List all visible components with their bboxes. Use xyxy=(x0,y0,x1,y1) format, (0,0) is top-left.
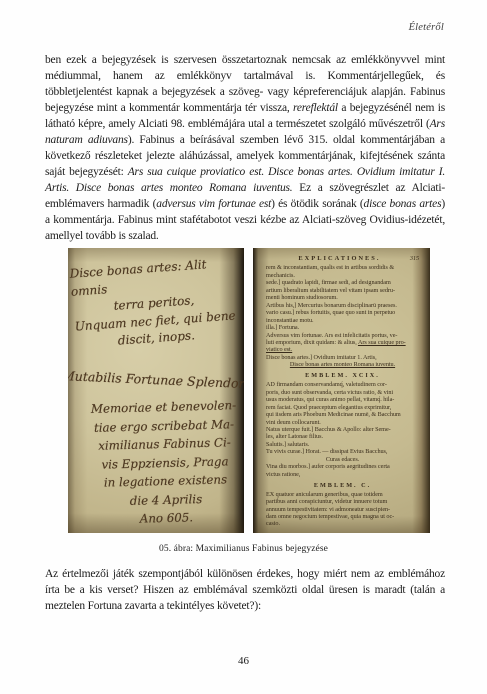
print-line: viatico est. xyxy=(266,346,419,353)
print-line: illa.] Fortuna. xyxy=(266,324,419,331)
print-line: Tu vivis curae.] Horat. — dissipat Evius… xyxy=(266,448,419,455)
printed-header-title: EXPLICATIONES. xyxy=(269,255,410,262)
print-line: vario casu.] rebus fortuitis, quae quo s… xyxy=(266,309,419,316)
printed-page-text: 0 EXPLICATIONES. 315 rem & inconstantiam… xyxy=(253,248,430,533)
print-line: sede.] quadrato lapidi, firmae sedi, ad … xyxy=(266,279,419,286)
book-page: Életéről ben ezek a bejegyzések is szerv… xyxy=(0,0,487,694)
print-line: qui iisdem aris Phoebum Medicinae numē, … xyxy=(266,411,419,418)
print-line: inconstantiae motu. xyxy=(266,317,419,324)
figure-caption: 05. ábra: Maximilianus Fabinus bejegyzés… xyxy=(0,544,487,554)
printed-page-header: 0 EXPLICATIONES. 315 xyxy=(266,255,419,262)
print-line: usus moderatus, qui curas animo pellat, … xyxy=(266,396,419,403)
handwriting-motto-line: Mutabilis Fortunae Splendor xyxy=(68,368,244,391)
print-line: poris, duo sunt observanda, certa victus… xyxy=(266,389,419,396)
print-line: menti hominum studiosorum. xyxy=(266,294,419,301)
print-line: EMBLEM. XCIX. xyxy=(266,372,419,379)
running-title: Életéről xyxy=(409,22,444,33)
manuscript-page-photo: Disce bonas artes: Alit omnisterra perit… xyxy=(68,248,244,533)
page-number: 46 xyxy=(0,655,487,667)
print-line: rem & inconstantiam, qualis est in artib… xyxy=(266,264,419,271)
body-paragraph-1: ben ezek a bejegyzések is szervesen össz… xyxy=(45,52,445,244)
print-line: annuum tempestivitatem: vi admoneatur su… xyxy=(266,506,419,513)
handwriting-line: in legatione existens xyxy=(90,470,240,492)
body-paragraph-2: Az értelmezői játék szempontjából különö… xyxy=(45,566,445,614)
printed-folio-number: 315 xyxy=(410,255,419,262)
print-line: victus ratione, xyxy=(266,471,419,478)
print-line: rem faciat. Quod praeceptum elegantius e… xyxy=(266,404,419,411)
print-line: dam omne negocium tempestivae, quia magn… xyxy=(266,513,419,520)
printed-body-lines: rem & inconstantiam, qualis est in artib… xyxy=(266,264,419,527)
print-line: luti emporium, dixit quidam: & alius, Ar… xyxy=(266,339,419,346)
print-line: Adversus vim fortunae. Ars est infelicit… xyxy=(266,332,419,339)
print-line: Curas edaces. xyxy=(266,456,419,463)
print-line: casio. xyxy=(266,520,419,527)
print-line: EMBLEM. C. xyxy=(266,482,419,489)
print-line: Disce bonas artes.] Ovidium imitatur 1. … xyxy=(266,354,419,361)
print-line: Salutis.] salutaris. xyxy=(266,441,419,448)
print-line: vini deum collocarunt. xyxy=(266,419,419,426)
print-line: mechanicis. xyxy=(266,272,419,279)
figure-photo: Disce bonas artes: Alit omnisterra perit… xyxy=(68,248,430,533)
print-line: Disce bonas artes monteo Romana iuventu. xyxy=(266,361,419,368)
print-line: Vina diu morbos.] aufer corporis aegritu… xyxy=(266,463,419,470)
print-line: les, alter Latonae filius. xyxy=(266,433,419,440)
print-line: AD firmandam conservandamq́, valetudinem… xyxy=(266,381,419,388)
handwriting-line: Ano 605. xyxy=(91,507,241,529)
handwriting-verse-block: Disce bonas artes: Alit omnisterra perit… xyxy=(68,254,241,353)
printed-page-photo: 0 EXPLICATIONES. 315 rem & inconstantiam… xyxy=(253,248,430,533)
print-line: partibus anni conspiciuntur, videtur inn… xyxy=(266,498,419,505)
print-line: artium liberalium stabilitatem vel vitam… xyxy=(266,287,419,294)
print-line: EX quatuor anicularum generibus, quae to… xyxy=(266,491,419,498)
handwriting-dedication-block: Memoriae et benevolen-tiae ergo scribeba… xyxy=(88,396,241,529)
print-line: Artibus his,] Mercurius bonarum discipli… xyxy=(266,302,419,309)
print-line: Natus uterque fuit.] Bacchus & Apollo: a… xyxy=(266,426,419,433)
